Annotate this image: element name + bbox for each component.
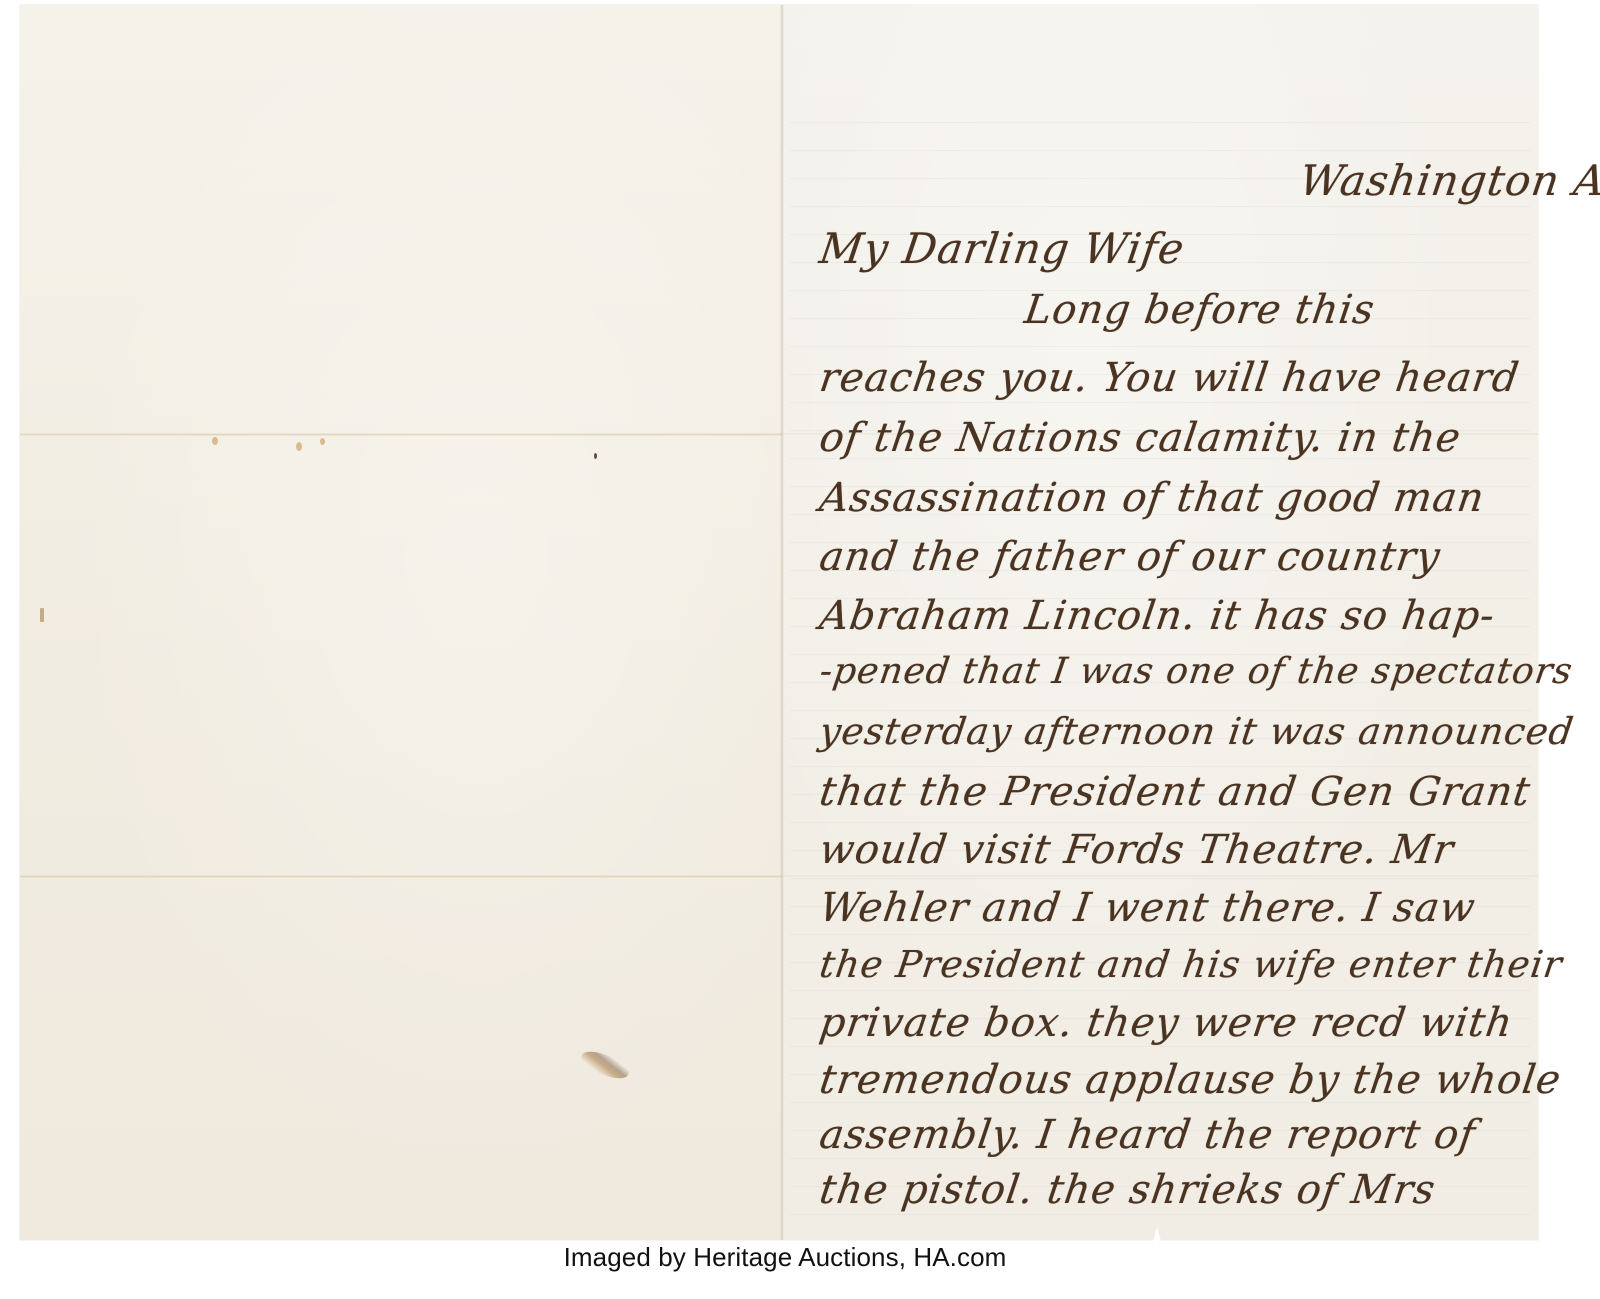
letter-text-continued: Lincoln. and saw the Assassin [780,0,1540,1299]
horizontal-fold-crease-upper [20,433,782,436]
foxing-stain [320,438,325,445]
left-page-blank [20,5,782,1240]
image-credit-caption: Imaged by Heritage Auctions, HA.com [0,1242,1570,1273]
ink-speck [594,453,597,459]
horizontal-fold-crease-lower [20,875,782,878]
foxing-stain [212,437,218,445]
edge-stain [40,608,44,622]
foxing-stain [296,442,302,451]
